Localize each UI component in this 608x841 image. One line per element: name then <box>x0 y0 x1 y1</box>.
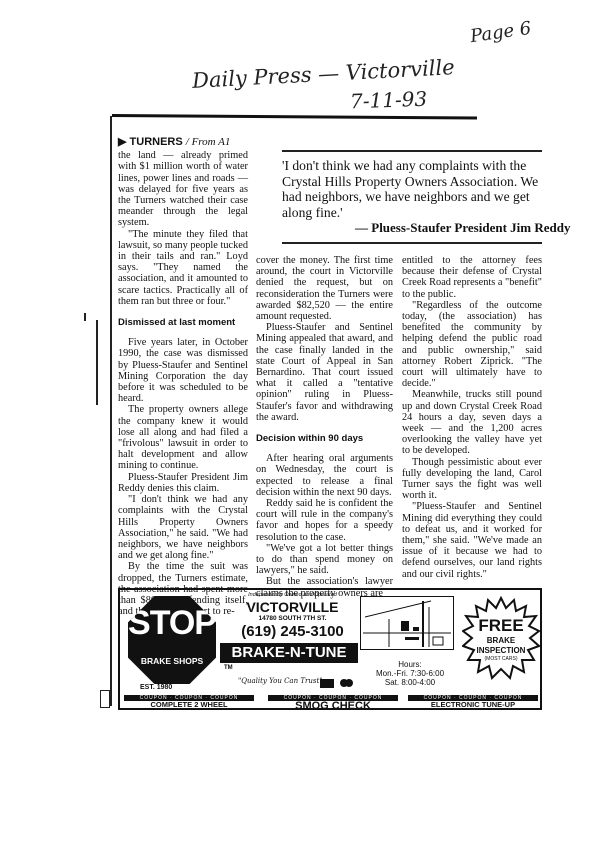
trademark: TM <box>224 665 233 671</box>
coupon-brake: COUPON · COUPON · COUPON COMPLETE 2 WHEE… <box>124 695 254 709</box>
free-inspection-burst: FREE BRAKE INSPECTION (MOST CARS) <box>462 596 540 680</box>
jump-from: / From A1 <box>186 136 231 148</box>
established-year: EST. 1980 <box>140 684 172 691</box>
paragraph: Pluess-Staufer President Jim Reddy denie… <box>118 472 248 494</box>
brake-shop-ad: STOP BRAKE SHOPS EST. 1980 Independently… <box>118 588 542 710</box>
jump-header: ▶ TURNERS / From A1 <box>118 137 248 148</box>
top-rule <box>112 114 477 120</box>
ad-slogan: "Quality You Can Trust" <box>238 677 322 685</box>
paragraph: entitled to the attorney fees because th… <box>402 255 542 300</box>
brake-shops-text: BRAKE SHOPS <box>128 656 216 666</box>
hours-saturday: Sat. 8:00-4:00 <box>350 678 470 687</box>
handwritten-date-note: 7-11-93 <box>350 87 428 114</box>
paragraph: "I don't think we had any complaints wit… <box>118 494 248 561</box>
pull-quote-rule-bottom <box>282 242 542 244</box>
paragraph: Reddy said he is confident the court wil… <box>256 498 393 543</box>
paragraph: cover the money. The first time around, … <box>256 255 393 322</box>
ad-brand: BRAKE-N-TUNE <box>220 643 358 663</box>
ad-city: VICTORVILLE <box>230 599 355 615</box>
location-map <box>360 596 454 650</box>
paragraph: "The minute they filed that lawsuit, so … <box>118 229 248 307</box>
pull-quote-rule-top <box>282 150 542 152</box>
article-column-1: ▶ TURNERS / From A1 the land — already p… <box>118 137 248 617</box>
free-note: (MOST CARS) <box>462 656 540 662</box>
paragraph: "Regardless of the outcome today, (the a… <box>402 300 542 390</box>
clipping-left-edge <box>110 116 112 706</box>
stop-sign-logo: STOP BRAKE SHOPS <box>128 596 216 684</box>
visa-card-icon <box>320 679 334 688</box>
paragraph: After hearing oral arguments on Wednesda… <box>256 453 393 498</box>
free-line3: INSPECTION <box>462 646 540 655</box>
ad-independent-line: Independently Owned and Operated <box>230 592 355 598</box>
paragraph: Pluess-Staufer and Sentinel Mining appea… <box>256 322 393 423</box>
paragraph: Though pessimistic about ever fully deve… <box>402 457 542 502</box>
ad-phone: (619) 245-3100 <box>230 623 355 640</box>
paragraph: The property owners allege the company k… <box>118 404 248 471</box>
credit-card-icons <box>320 674 353 692</box>
article-column-2: cover the money. The first time around, … <box>256 255 393 599</box>
map-icon <box>361 597 453 649</box>
coupon-tuneup: COUPON · COUPON · COUPON ELECTRONIC TUNE… <box>408 695 538 709</box>
arrow-icon: ▶ <box>118 136 126 148</box>
coupon-title: SMOG CHECK <box>268 701 398 709</box>
free-text: FREE <box>462 616 540 636</box>
coupon-title: COMPLETE 2 WHEEL <box>124 701 254 709</box>
hours-weekday: Mon.-Fri. 7:30-6:00 <box>350 669 470 678</box>
scan-mark <box>100 690 110 708</box>
article-column-3: entitled to the attorney fees because th… <box>402 255 542 580</box>
paragraph: Meanwhile, trucks still pound up and dow… <box>402 389 542 456</box>
coupon-strip: COUPON · COUPON · COUPON COMPLETE 2 WHEE… <box>118 695 544 709</box>
subhead: Dismissed at last moment <box>118 317 248 328</box>
paragraph: Five years later, in October 1990, the c… <box>118 337 248 404</box>
scan-mark <box>84 313 86 321</box>
free-line2: BRAKE <box>462 636 540 645</box>
pull-quote: 'I don't think we had any complaints wit… <box>282 158 552 220</box>
coupon-title: ELECTRONIC TUNE-UP <box>408 701 538 709</box>
subhead: Decision within 90 days <box>256 433 393 444</box>
ad-hours: Hours: Mon.-Fri. 7:30-6:00 Sat. 8:00-4:0… <box>350 660 470 687</box>
stop-text: STOP <box>128 604 216 643</box>
hours-label: Hours: <box>350 660 470 669</box>
paragraph: the land — already primed with $1 millio… <box>118 150 248 228</box>
pull-quote-attribution: — Pluess-Staufer President Jim Reddy <box>355 220 570 236</box>
handwritten-page-note: Page 6 <box>469 18 533 47</box>
paragraph: "We've got a lot better things to do tha… <box>256 543 393 577</box>
ad-address: 14780 SOUTH 7TH ST. <box>230 615 355 622</box>
coupon-smog: COUPON · COUPON · COUPON SMOG CHECK <box>268 695 398 709</box>
jump-head: TURNERS <box>130 136 183 148</box>
paragraph: "Pluess-Staufer and Sentinel Mining did … <box>402 501 542 579</box>
scan-mark <box>96 320 98 405</box>
